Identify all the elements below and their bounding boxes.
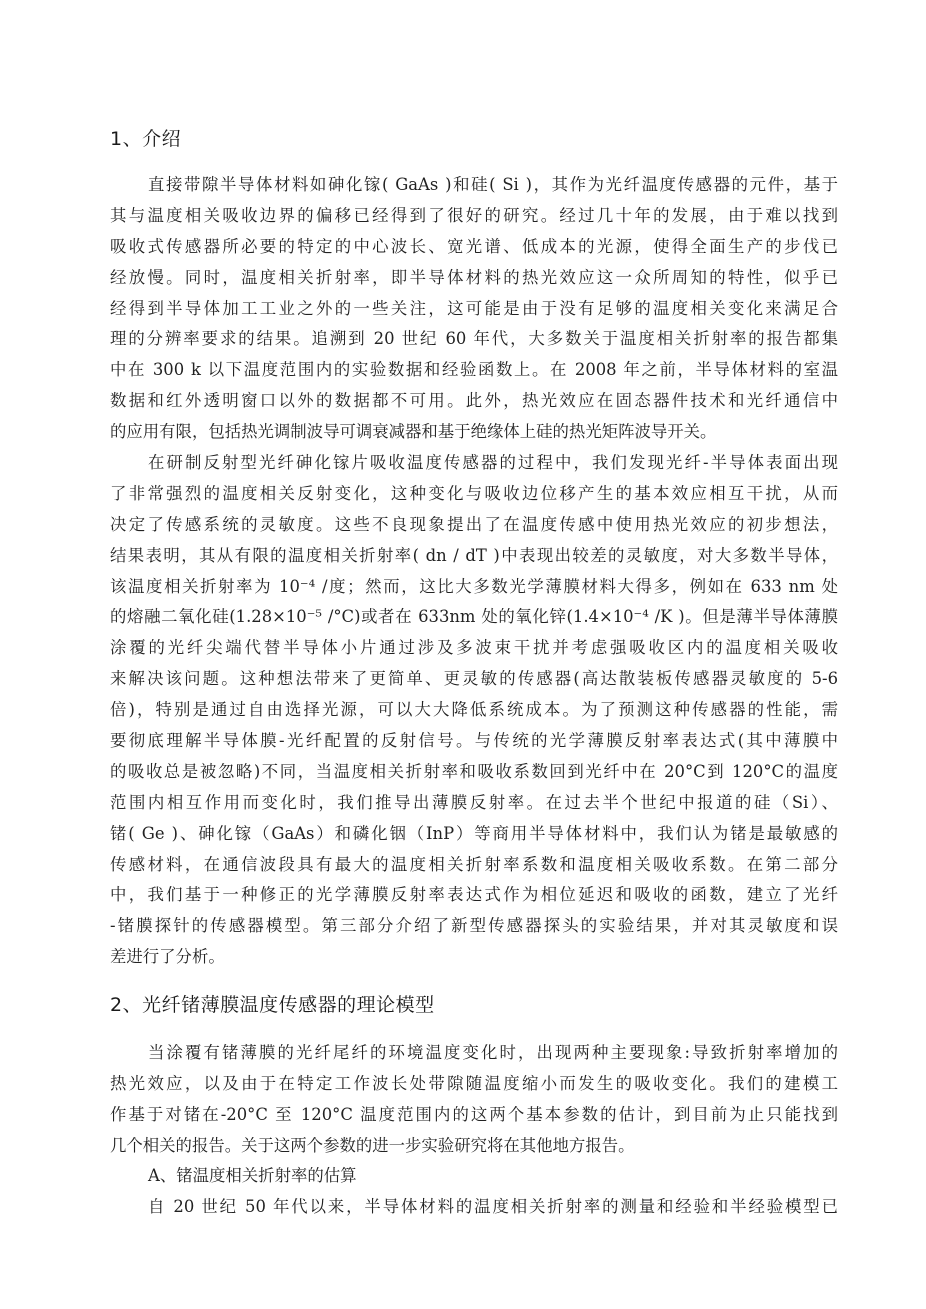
text-line: 了非常强烈的温度相关反射变化，这种变化与吸收边位移产生的基本效应相互干扰，从而 [110,479,838,510]
text-line: 传感材料，在通信波段具有最大的温度相关折射率系数和温度相关吸收系数。在第二部分 [110,850,838,881]
text-line: 锗( Ge )、砷化镓（GaAs）和磷化铟（InP）等商用半导体材料中，我们认为… [110,819,838,850]
text-line: 经得到半导体加工工业之外的一些关注，这可能是由于没有足够的温度相关变化来满足合 [110,294,838,325]
text-line: 的应用有限，包括热光调制波导可调衰减器和基于绝缘体上硅的热光矩阵波导开关。 [110,417,838,448]
text-line: 范围内相互作用而变化时，我们推导出薄膜反射率。在过去半个世纪中报道的硅（Si）、 [110,788,838,819]
text-line: 的熔融二氧化硅(1.28×10⁻⁵ /°C)或者在 633nm 处的氧化锌(1.… [110,602,838,633]
text-line: 中在 300 k 以下温度范围内的实验数据和经验函数上。在 2008 年之前，半… [110,355,838,386]
text-line: 来解决该问题。这种想法带来了更简单、更灵敏的传感器(高达散装板传感器灵敏度的 5… [110,664,838,695]
text-line: 经放慢。同时，温度相关折射率，即半导体材料的热光效应这一众所周知的特性，似乎已 [110,263,838,294]
text-line: 作基于对锗在-20°C 至 120°C 温度范围内的这两个基本参数的估计，到目前… [110,1100,838,1131]
subsection-a: A、锗温度相关折射率的估算 自 20 世纪 50 年代以来，半导体材料的温度相关… [110,1161,840,1223]
text-line: 中，我们基于一种修正的光学薄膜反射率表达式作为相位延迟和吸收的函数，建立了光纤 [110,880,838,911]
paragraph-model-intro: 当涂覆有锗薄膜的光纤尾纤的环境温度变化时，出现两种主要现象:导致折射率增加的 热… [110,1038,840,1162]
section-heading-theoretical-model: 2、光纤锗薄膜温度传感器的理论模型 [110,991,435,1019]
text-line: 数据和红外透明窗口以外的数据都不可用。此外，热光效应在固态器件技术和光纤通信中 [110,386,838,417]
text-line: 要彻底理解半导体膜-光纤配置的反射信号。与传统的光学薄膜反射率表达式(其中薄膜中 [110,726,838,757]
text-line: 几个相关的报告。关于这两个参数的进一步实验研究将在其他地方报告。 [110,1131,838,1162]
text-line: 直接带隙半导体材料如砷化镓( GaAs )和硅( Si )，其作为光纤温度传感器… [110,170,838,201]
text-line: 差进行了分析。 [110,942,838,973]
subsection-heading-ge-refractive-index: A、锗温度相关折射率的估算 [110,1161,838,1192]
text-line: 热光效应，以及由于在特定工作波长处带隙随温度缩小而发生的吸收变化。我们的建模工 [110,1069,838,1100]
text-line: 当涂覆有锗薄膜的光纤尾纤的环境温度变化时，出现两种主要现象:导致折射率增加的 [110,1038,838,1069]
text-line: 其与温度相关吸收边界的偏移已经得到了很好的研究。经过几十年的发展，由于难以找到 [110,201,838,232]
text-line: 在研制反射型光纤砷化镓片吸收温度传感器的过程中，我们发现光纤-半导体表面出现 [110,448,838,479]
text-line: 结果表明，其从有限的温度相关折射率( dn / dT )中表现出较差的灵敏度，对… [110,541,838,572]
text-line: -锗膜探针的传感器模型。第三部分介绍了新型传感器探头的实验结果，并对其灵敏度和误 [110,911,838,942]
text-line: 涂覆的光纤尖端代替半导体小片通过涉及多波束干扰并考虑强吸收区内的温度相关吸收 [110,633,838,664]
paragraph-intro-2: 在研制反射型光纤砷化镓片吸收温度传感器的过程中，我们发现光纤-半导体表面出现 了… [110,448,840,973]
section-heading-introduction: 1、介绍 [110,125,181,153]
text-line: 该温度相关折射率为 10⁻⁴ /度；然而，这比大多数光学薄膜材料大得多，例如在 … [110,572,838,603]
text-line: 吸收式传感器所必要的特定的中心波长、宽光谱、低成本的光源，使得全面生产的步伐已 [110,232,838,263]
text-line: 理的分辨率要求的结果。追溯到 20 世纪 60 年代，大多数关于温度相关折射率的… [110,324,838,355]
paragraph-intro-1: 直接带隙半导体材料如砷化镓( GaAs )和硅( Si )，其作为光纤温度传感器… [110,170,840,448]
text-line: 的吸收总是被忽略)不同，当温度相关折射率和吸收系数回到光纤中在 20°C到 12… [110,757,838,788]
text-line: 决定了传感系统的灵敏度。这些不良现象提出了在温度传感中使用热光效应的初步想法， [110,510,838,541]
text-line: 倍)，特别是通过自由选择光源，可以大大降低系统成本。为了预测这种传感器的性能，需 [110,695,838,726]
text-line: 自 20 世纪 50 年代以来，半导体材料的温度相关折射率的测量和经验和半经验模… [110,1192,838,1223]
